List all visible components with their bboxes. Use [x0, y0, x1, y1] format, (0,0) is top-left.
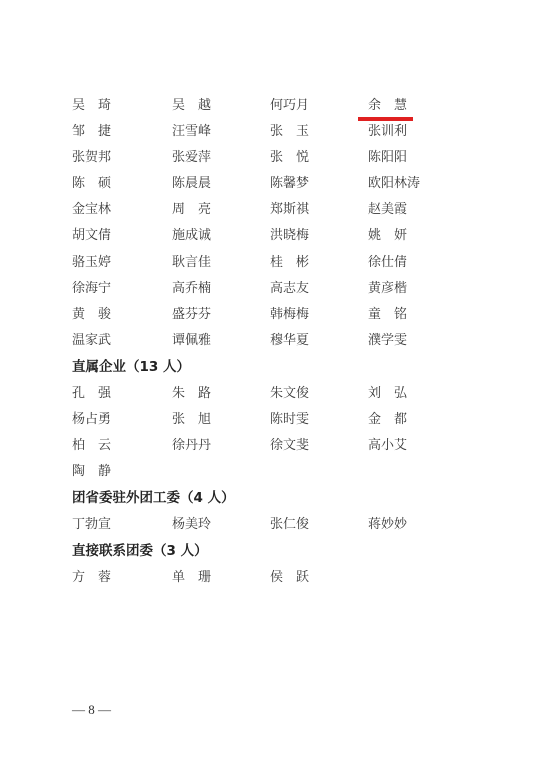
- name-cell: 陈馨梦: [270, 171, 309, 197]
- name-cell: 欧阳林涛: [368, 171, 420, 197]
- name-cell: 高小艾: [368, 433, 407, 459]
- name-cell: 濮学雯: [368, 328, 407, 354]
- name-cell: 杨占勇: [72, 407, 111, 433]
- name-cell: 高志友: [270, 276, 309, 302]
- name-row: 徐海宁 高乔楠 高志友 黄彦楷: [0, 276, 550, 302]
- name-cell: 陈时雯: [270, 407, 309, 433]
- section-heading-direct-enterprises: 直属企业（13 人）: [72, 354, 190, 380]
- name-cell: 韩梅梅: [270, 302, 309, 328]
- name-cell: 周 亮: [172, 197, 211, 223]
- name-cell: 黄 骏: [72, 302, 111, 328]
- name-row: 金宝林 周 亮 郑斯祺 赵美霞: [0, 197, 550, 223]
- name-cell: 张 旭: [172, 407, 211, 433]
- name-cell: 杨美玲: [172, 512, 211, 538]
- name-cell: 张爱萍: [172, 145, 211, 171]
- name-cell: 童 铭: [368, 302, 407, 328]
- name-cell: 高乔楠: [172, 276, 211, 302]
- name-cell: 何巧月: [270, 93, 309, 119]
- name-row: 陶 静: [0, 459, 550, 485]
- name-cell: 朱 路: [172, 381, 211, 407]
- name-cell: 方 蓉: [72, 565, 111, 591]
- name-cell: 徐仕倩: [368, 250, 407, 276]
- name-cell: 邹 捷: [72, 119, 111, 145]
- name-row: 陈 硕 陈晨晨 陈馨梦 欧阳林涛: [0, 171, 550, 197]
- section-heading-external-committees: 团省委驻外团工委（4 人）: [72, 485, 235, 511]
- name-cell: 张仁俊: [270, 512, 309, 538]
- name-cell: 穆华夏: [270, 328, 309, 354]
- name-cell: 陈阳阳: [368, 145, 407, 171]
- name-row: 孔 强 朱 路 朱文俊 刘 弘: [0, 381, 550, 407]
- name-row: 杨占勇 张 旭 陈时雯 金 都: [0, 407, 550, 433]
- name-cell: 胡文倩: [72, 223, 111, 249]
- name-cell: 姚 妍: [368, 223, 407, 249]
- name-row: 张贺邦 张爱萍 张 悦 陈阳阳: [0, 145, 550, 171]
- name-cell: 黄彦楷: [368, 276, 407, 302]
- name-cell: 金 都: [368, 407, 407, 433]
- name-cell: 温家武: [72, 328, 111, 354]
- name-cell: 盛芬芬: [172, 302, 211, 328]
- name-cell: 张 悦: [270, 145, 309, 171]
- name-cell: 徐海宁: [72, 276, 111, 302]
- name-cell: 耿言佳: [172, 250, 211, 276]
- highlighted-name-cell: 余 慧: [368, 93, 407, 119]
- name-cell: 柏 云: [72, 433, 111, 459]
- name-cell: 郑斯祺: [270, 197, 309, 223]
- document-page: 吴 琦 吴 越 何巧月 余 慧 邹 捷 汪雪峰 张 玉 张训利 张贺邦 张爱萍 …: [0, 0, 550, 774]
- name-cell: 骆玉婷: [72, 250, 111, 276]
- name-cell: 丁勃宣: [72, 512, 111, 538]
- name-cell: 朱文俊: [270, 381, 309, 407]
- name-row: 丁勃宣 杨美玲 张仁俊 蒋妙妙: [0, 512, 550, 538]
- name-row: 方 蓉 单 珊 侯 跃: [0, 565, 550, 591]
- name-row: 邹 捷 汪雪峰 张 玉 张训利: [0, 119, 550, 145]
- name-cell: 洪晓梅: [270, 223, 309, 249]
- name-cell: 陈 硕: [72, 171, 111, 197]
- name-cell: 单 珊: [172, 565, 211, 591]
- name-cell: 陶 静: [72, 459, 111, 485]
- name-cell: 徐文斐: [270, 433, 309, 459]
- name-cell: 桂 彬: [270, 250, 309, 276]
- name-row: 吴 琦 吴 越 何巧月 余 慧: [0, 93, 550, 119]
- name-cell: 赵美霞: [368, 197, 407, 223]
- name-row: 骆玉婷 耿言佳 桂 彬 徐仕倩: [0, 250, 550, 276]
- section-heading-directly-linked-committees: 直接联系团委（3 人）: [72, 538, 208, 564]
- name-row: 胡文倩 施成诚 洪晓梅 姚 妍: [0, 223, 550, 249]
- name-cell: 孔 强: [72, 381, 111, 407]
- name-cell: 刘 弘: [368, 381, 407, 407]
- name-cell: 吴 越: [172, 93, 211, 119]
- name-row: 柏 云 徐丹丹 徐文斐 高小艾: [0, 433, 550, 459]
- name-cell: 吴 琦: [72, 93, 111, 119]
- name-cell: 蒋妙妙: [368, 512, 407, 538]
- name-cell: 谭佩雅: [172, 328, 211, 354]
- name-row: 温家武 谭佩雅 穆华夏 濮学雯: [0, 328, 550, 354]
- name-cell: 张训利: [368, 119, 407, 145]
- name-cell: 徐丹丹: [172, 433, 211, 459]
- name-cell: 施成诚: [172, 223, 211, 249]
- name-cell: 陈晨晨: [172, 171, 211, 197]
- name-cell: 侯 跃: [270, 565, 309, 591]
- name-row: 黄 骏 盛芬芬 韩梅梅 童 铭: [0, 302, 550, 328]
- name-cell: 金宝林: [72, 197, 111, 223]
- name-cell: 张 玉: [270, 119, 309, 145]
- name-cell: 张贺邦: [72, 145, 111, 171]
- page-number: — 8 —: [72, 702, 111, 718]
- name-cell: 汪雪峰: [172, 119, 211, 145]
